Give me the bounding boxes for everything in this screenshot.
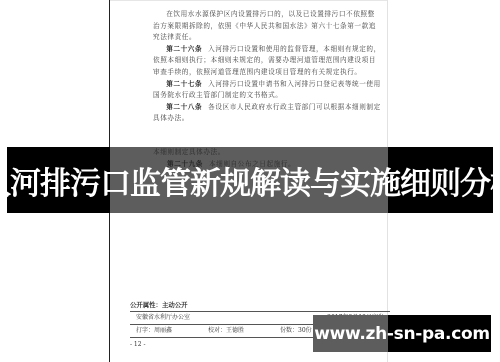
- document-body: 在饮用水水源保护区内设置排污口的，以及已设置排污口不依照整治方案限期拆除的，依照…: [153, 9, 381, 125]
- paragraph-1: 第二十六条入河排污口设置和使用的监督管理，本细则有规定的，依照本细则执行；本细则…: [153, 44, 381, 79]
- watermark-url: www.zh-sn-pa.com: [313, 315, 491, 352]
- disclosure-attribute: 公开属性：主动公开: [130, 300, 390, 312]
- copies: 份数：30份: [280, 326, 312, 336]
- article-number: 第二十六条: [166, 45, 202, 53]
- article-number: 第二十七条: [166, 80, 202, 88]
- paragraph-0: 在饮用水水源保护区内设置排污口的，以及已设置排污口不依照整治方案限期拆除的，依照…: [153, 9, 381, 44]
- article-number: 第二十八条: [166, 103, 202, 111]
- issuer: 安徽省水利厅办公室: [136, 313, 190, 323]
- paragraph-text: 本细则制定具体办法。: [153, 148, 225, 156]
- paragraph-text: 在饮用水水源保护区内设置排污口的，以及已设置排污口不依照整治方案限期拆除的，依照…: [153, 10, 376, 41]
- page-edge: [110, 0, 387, 1]
- paragraph-3: 第二十八条各设区市人民政府水行政主管部门可以根据本细则制定具体办法。: [153, 102, 381, 125]
- title-banner-text: 入河排污口监管新规解读与实施细则分析: [7, 160, 493, 200]
- proofreader: 校对：王德胜: [208, 326, 244, 336]
- typist: 打字：周丽鑫: [136, 326, 172, 336]
- paragraph-2: 第二十七条入河排污口设置申请书和入河排污口登记表等统一使用国务院水行政主管部门制…: [153, 79, 381, 102]
